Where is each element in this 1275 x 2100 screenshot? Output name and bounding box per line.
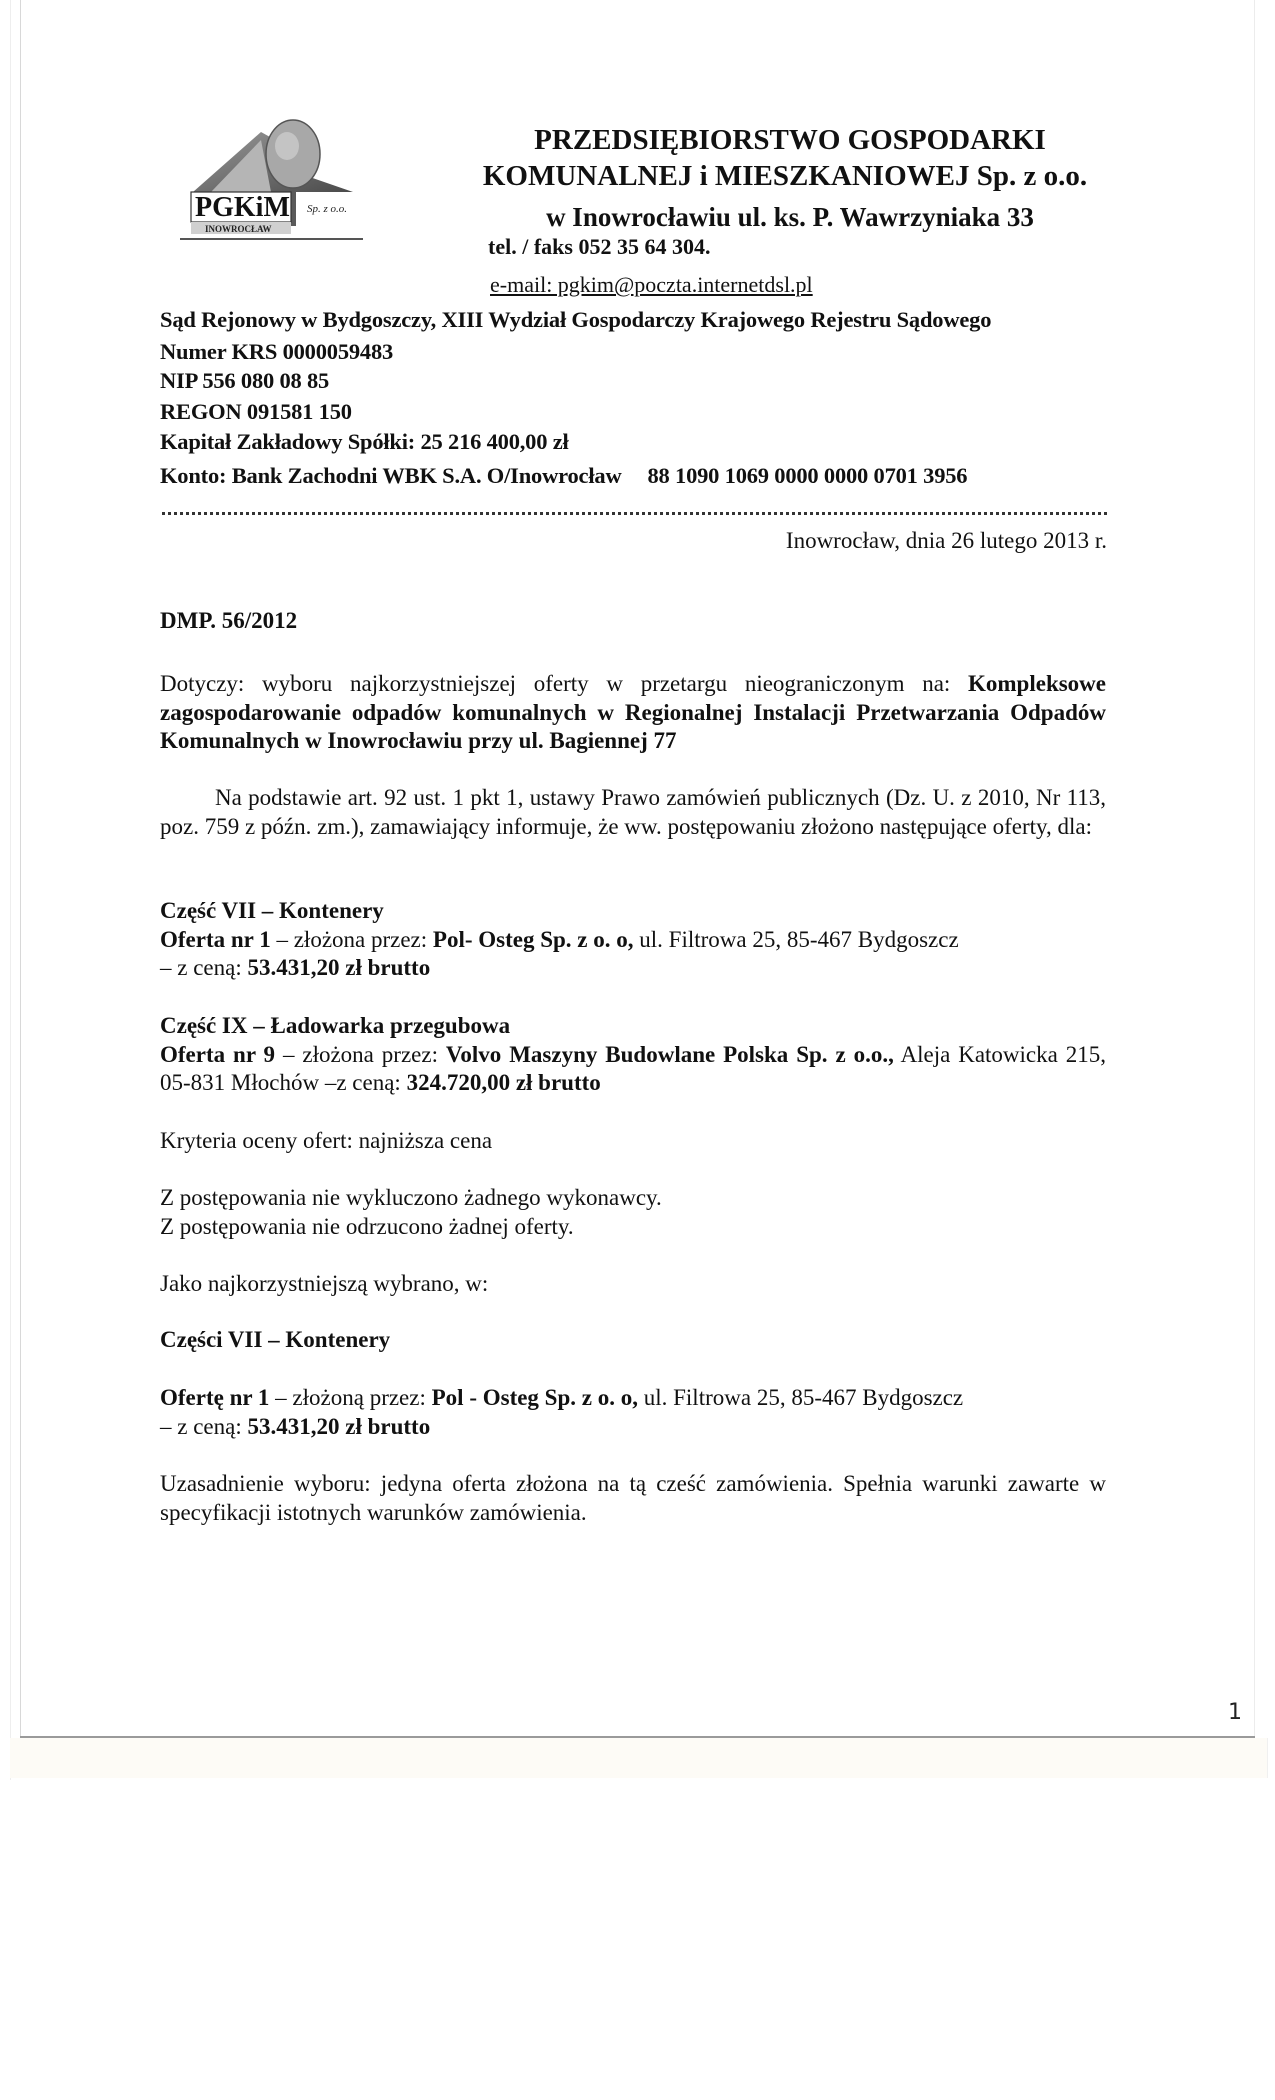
scan-edge	[1267, 1738, 1268, 1778]
bank-name: Konto: Bank Zachodni WBK S.A. O/Inowrocł…	[160, 463, 622, 488]
exclusion-contractors: Z postępowania nie wykluczono żadnego wy…	[160, 1184, 1106, 1213]
svg-text:PGKiM: PGKiM	[195, 192, 290, 223]
selected-offer: Ofertę nr 1 – złożoną przez: Pol - Osteg…	[160, 1384, 1106, 1441]
separator-dotted-line	[162, 512, 1107, 515]
offer-price-prefix: – z ceną:	[160, 955, 247, 980]
page-left-edge	[20, 0, 21, 1740]
letter-date: Inowrocław, dnia 26 lutego 2013 r.	[786, 528, 1107, 554]
page-number: 1	[1228, 1700, 1242, 1725]
selected-submitted-by: – złożoną przez:	[269, 1385, 431, 1410]
svg-text:Sp. z o.o.: Sp. z o.o.	[307, 203, 347, 215]
registry-nip: NIP 556 080 08 85	[160, 368, 329, 394]
exclusions: Z postępowania nie wykluczono żadnego wy…	[160, 1184, 1106, 1241]
page-bottom-edge	[20, 1736, 1255, 1738]
registry-krs: Numer KRS 0000059483	[160, 339, 393, 365]
selected-price: 53.431,20 zł brutto	[247, 1414, 430, 1439]
company-logo: PGKiM INOWROCŁAW Sp. z o.o.	[183, 112, 368, 242]
selected-company: Pol - Osteg Sp. z o. o,	[432, 1385, 638, 1410]
selected-price-line: – z ceną: 53.431,20 zł brutto	[160, 1413, 1106, 1442]
offer-address: ul. Filtrowa 25, 85-467 Bydgoszcz	[634, 927, 959, 952]
svg-text:INOWROCŁAW: INOWROCŁAW	[205, 224, 272, 234]
offer-part-heading: Część IX – Ładowarka przegubowa	[160, 1012, 1106, 1041]
scan-bottom-band	[10, 1738, 1268, 1778]
exclusion-offers: Z postępowania nie odrzucono żadnej ofer…	[160, 1213, 1106, 1242]
offer-price: 324.720,00 zł brutto	[407, 1070, 601, 1095]
offer-company: Volvo Maszyny Budowlane Polska Sp. z o.o…	[446, 1042, 894, 1067]
company-address: w Inowrocławiu ul. ks. P. Wawrzyniaka 33	[440, 202, 1140, 233]
selected-part-heading: Części VII – Kontenery	[160, 1326, 1106, 1355]
selected-address: ul. Filtrowa 25, 85-467 Bydgoszcz	[638, 1385, 963, 1410]
selected-offer-label: Ofertę nr 1	[160, 1385, 269, 1410]
page-right-edge	[1254, 0, 1255, 1738]
offer-label: Oferta nr 1	[160, 927, 271, 952]
justification: Uzasadnienie wyboru: jedyna oferta złożo…	[160, 1470, 1106, 1527]
evaluation-criteria: Kryteria oceny ofert: najniższa cena	[160, 1127, 1106, 1156]
offer-part-ix: Część IX – Ładowarka przegubowa Oferta n…	[160, 1012, 1106, 1098]
bank-account-number: 88 1090 1069 0000 0000 0701 3956	[648, 463, 968, 488]
offer-line: Oferta nr 9 – złożona przez: Volvo Maszy…	[160, 1041, 1106, 1098]
offer-label: Oferta nr 9	[160, 1042, 275, 1067]
company-name-line-2: KOMUNALNEJ i MIESZKANIOWEJ Sp. z o.o.	[440, 160, 1130, 193]
company-name-line-1: PRZEDSIĘBIORSTWO GOSPODARKI	[470, 124, 1110, 157]
offer-company: Pol- Osteg Sp. z o. o,	[433, 927, 634, 952]
company-phone: tel. / faks 052 35 64 304.	[488, 234, 710, 260]
registry-regon: REGON 091581 150	[160, 399, 352, 425]
registry-capital: Kapitał Zakładowy Spółki: 25 216 400,00 …	[160, 429, 569, 455]
selected-offer-line: Ofertę nr 1 – złożoną przez: Pol - Osteg…	[160, 1384, 1106, 1413]
reference-number: DMP. 56/2012	[160, 608, 297, 634]
offer-price: 53.431,20 zł brutto	[247, 955, 430, 980]
legal-basis: Na podstawie art. 92 ust. 1 pkt 1, ustaw…	[160, 784, 1106, 841]
offer-part-heading: Część VII – Kontenery	[160, 897, 1106, 926]
subject: Dotyczy: wyboru najkorzystniejszej ofert…	[160, 670, 1106, 756]
selected-price-prefix: – z ceną:	[160, 1414, 247, 1439]
registry-bank: Konto: Bank Zachodni WBK S.A. O/Inowrocł…	[160, 463, 967, 489]
offer-submitted-by: – złożona przez:	[271, 927, 433, 952]
registry-court: Sąd Rejonowy w Bydgoszczy, XIII Wydział …	[160, 307, 991, 333]
offer-part-vii: Część VII – Kontenery Oferta nr 1 – złoż…	[160, 897, 1106, 983]
subject-prefix: Dotyczy: wyboru najkorzystniejszej ofert…	[160, 671, 968, 696]
company-email-link[interactable]: e-mail: pgkim@poczta.internetdsl.pl	[490, 272, 813, 298]
offer-line: Oferta nr 1 – złożona przez: Pol- Osteg …	[160, 926, 1106, 955]
offer-submitted-by: – złożona przez:	[275, 1042, 446, 1067]
scan-edge	[10, 0, 11, 1780]
offer-price-prefix: –z ceną:	[325, 1070, 407, 1095]
logo-underline	[180, 238, 363, 240]
selected-intro: Jako najkorzystniejszą wybrano, w:	[160, 1270, 1106, 1299]
offer-price-line: – z ceną: 53.431,20 zł brutto	[160, 954, 1106, 983]
